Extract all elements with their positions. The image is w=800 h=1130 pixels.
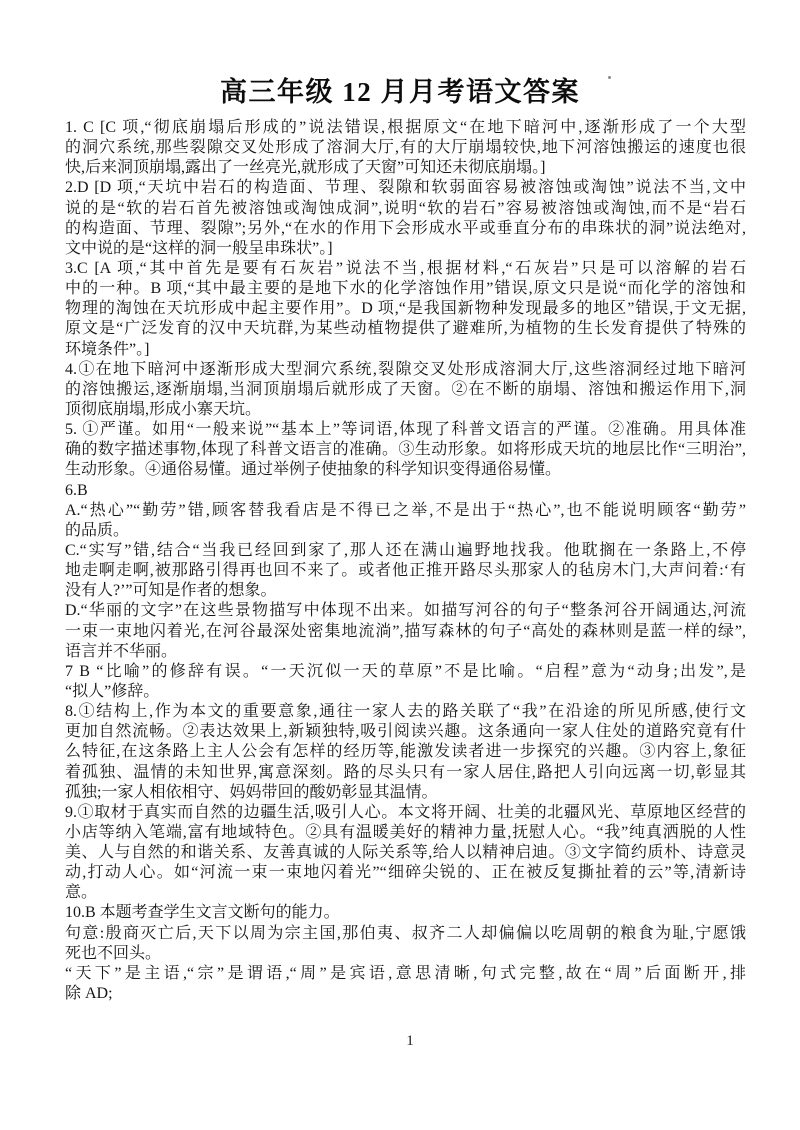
text-line: 除 AD; xyxy=(65,984,746,1004)
text-line: 原文是“广泛发育的汉中天坑群,为某些动植物提供了避难所,为植物的生长发育提供了特… xyxy=(65,319,746,339)
text-line: 死也不回头。 xyxy=(65,944,746,964)
text-line: 的溶蚀搬运,逐渐崩塌,当洞顶崩塌后就形成了天窗。②在不断的崩塌、溶蚀和搬运作用下… xyxy=(65,380,746,400)
text-line: 的洞穴系统,那些裂隙交叉处形成了溶洞大厅,有的大厅崩塌较快,地下河溶蚀搬运的速度… xyxy=(65,138,746,158)
text-line: 7 B “比喻”的修辞有误。“一天沉似一天的草原”不是比喻。“启程”意为“动身;… xyxy=(65,662,746,682)
text-line: 的构造面、节理、裂隙”;另外,“在水的作用下会形成水平或垂直分布的串珠状的洞”说… xyxy=(65,219,746,239)
text-line: 美、人与自然的和谐关系、友善真诚的人际关系等,给人以精神启迪。③文字简约质朴、诗… xyxy=(65,843,746,863)
answers-body: 1. C [C 项,“彻底崩塌后形成的”说法错误,根据原文“在地下暗河中,逐渐形… xyxy=(65,118,746,1004)
scan-speck xyxy=(608,76,611,79)
text-line: 的品质。 xyxy=(65,521,746,541)
text-line: 2.D [D 项,“天坑中岩石的构造面、节理、裂隙和软弱面容易被溶蚀或淘蚀”说法… xyxy=(65,178,746,198)
text-line: 1. C [C 项,“彻底崩塌后形成的”说法错误,根据原文“在地下暗河中,逐渐形… xyxy=(65,118,746,138)
text-line: 8.①结构上,作为本文的重要意象,通往一家人去的路关联了“我”在沿途的所见所感,… xyxy=(65,702,746,722)
text-line: 意。 xyxy=(65,883,746,903)
page-number: 1 xyxy=(10,1033,800,1050)
text-line: 着孤独、温情的未知世界,寓意深刻。路的尽头只有一家人居住,路把人引向远离一切,彰… xyxy=(65,763,746,783)
text-line: “拟人”修辞。 xyxy=(65,682,746,702)
text-line: 环境条件”。] xyxy=(65,340,746,360)
text-line: 确的数字描述事物,体现了科普文语言的准确。③生动形象。如将形成天坑的地层比作“三… xyxy=(65,440,746,460)
text-line: 快,后来洞顶崩塌,露出了一丝亮光,就形成了天窗”可知还未彻底崩塌。] xyxy=(65,158,746,178)
text-line: C.“实写”错,结合“当我已经回到家了,那人还在满山遍野地找我。他耽搁在一条路上… xyxy=(65,541,746,561)
text-line: 孤独;一家人相依相守、妈妈带回的酸奶彰显其温情。 xyxy=(65,783,746,803)
text-line: 更加自然流畅。②表达效果上,新颖独特,吸引阅读兴趣。这条通向一家人住处的道路究竟… xyxy=(65,722,746,742)
text-line: 中的一种。B 项,“其中最主要的是地下水的化学溶蚀作用”错误,原文只是说“而化学… xyxy=(65,279,746,299)
text-line: 9.①取材于真实而自然的边疆生活,吸引人心。本文将开阔、壮美的北疆风光、草原地区… xyxy=(65,803,746,823)
text-line: 物理的淘蚀在天坑形成中起主要作用”。D 项,“是我国新物种发现最多的地区”错误,… xyxy=(65,299,746,319)
text-line: D.“华丽的文字”在这些景物描写中体现不出来。如描写河谷的句子“整条河谷开阔通达… xyxy=(65,601,746,621)
text-line: 文中说的是“这样的洞一般呈串珠状”。] xyxy=(65,239,746,259)
text-line: 顶彻底崩塌,形成小寨天坑。 xyxy=(65,400,746,420)
text-line: 一束一束地闪着光,在河谷最深处密集地流淌”,描写森林的句子“高处的森林则是蓝一样… xyxy=(65,622,746,642)
text-line: 生动形象。④通俗易懂。通过举例子使抽象的科学知识变得通俗易懂。 xyxy=(65,460,746,480)
text-line: A.“热心”“勤劳”错,顾客替我看店是不得已之举,不是出于“热心”,也不能说明顾… xyxy=(65,501,746,521)
text-line: 3.C [A 项,“其中首先是要有石灰岩”说法不当,根据材料,“石灰岩”只是可以… xyxy=(65,259,746,279)
text-line: 小店等纳入笔端,富有地域特色。②具有温暖美好的精神力量,抚慰人心。“我”纯真洒脱… xyxy=(65,823,746,843)
text-line: 说的是“软的岩石首先被溶蚀或淘蚀成洞”,说明“软的岩石”容易被溶蚀或淘蚀,而不是… xyxy=(65,199,746,219)
document-page: 高三年级 12 月月考语文答案 1. C [C 项,“彻底崩塌后形成的”说法错误… xyxy=(0,0,800,1130)
page-title: 高三年级 12 月月考语文答案 xyxy=(0,70,800,109)
text-line: 动,打动人心。如“河流一束一束地闪着光”“细碎尖锐的、正在被反复撕扯着的云”等,… xyxy=(65,863,746,883)
text-line: “天下”是主语,“宗”是谓语,“周”是宾语,意思清晰,句式完整,故在“周”后面断… xyxy=(65,964,746,984)
text-line: 句意:殷商灭亡后,天下以周为宗主国,那伯夷、叔齐二人却偏偏以吃周朝的粮食为耻,宁… xyxy=(65,924,746,944)
text-line: 语言并不华丽。 xyxy=(65,642,746,662)
text-line: 10.B 本题考查学生文言文断句的能力。 xyxy=(65,903,746,923)
text-line: 没有人?’”可知是作者的想象。 xyxy=(65,581,746,601)
text-line: 5. ①严谨。如用“一般来说”“基本上”等词语,体现了科普文语言的严谨。②准确。… xyxy=(65,420,746,440)
text-line: 4.①在地下暗河中逐渐形成大型洞穴系统,裂隙交叉处形成溶洞大厅,这些溶洞经过地下… xyxy=(65,360,746,380)
text-line: 6.B xyxy=(65,481,746,501)
text-line: 地走啊走啊,被那路引得再也回不来了。或者他正推开路尽头那家人的毡房木门,大声问着… xyxy=(65,561,746,581)
text-line: 么特征,在这条路上主人公会有怎样的经历等,能激发读者进一步探究的兴趣。③内容上,… xyxy=(65,742,746,762)
